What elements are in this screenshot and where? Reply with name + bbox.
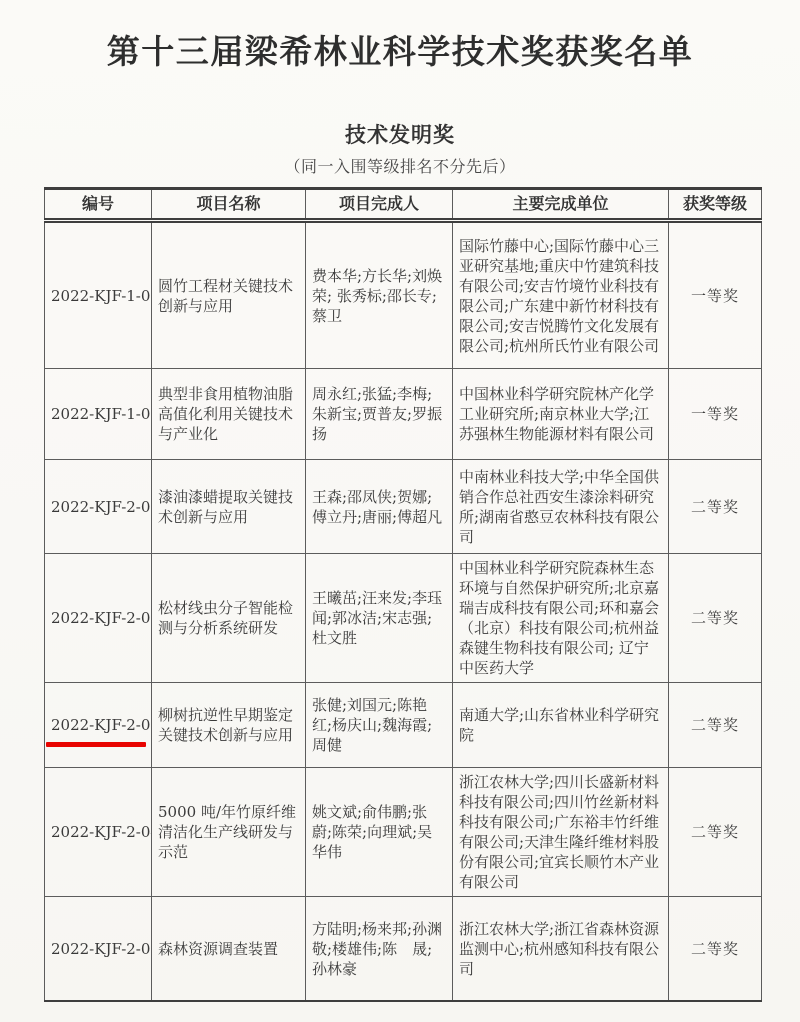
table-row: 2022-KJF-1-02典型非食用植物油脂高值化利用关键技术与产业化周永红;张…: [45, 369, 762, 460]
table-row: 2022-KJF-2-01漆油漆蜡提取关键技术创新与应用王森;邵凤侠;贺娜; 傅…: [45, 460, 762, 554]
scanned-document-page: 第十三届梁希林业科学技术奖获奖名单 技术发明奖 （同一入围等级排名不分先后） 编…: [0, 0, 800, 1022]
table-row: 2022-KJF-2-045000 吨/年竹原纤维清洁化生产线研发与示范姚文斌;…: [45, 768, 762, 897]
cell-project-people: 王森;邵凤侠;贺娜; 傅立丹;唐丽;傅超凡: [306, 460, 453, 554]
cell-project-units: 浙江农林大学;四川长盛新材料科技有限公司;四川竹丝新材料科技有限公司;广东裕丰竹…: [453, 768, 669, 897]
cell-project-name: 森林资源调查装置: [152, 897, 306, 1002]
cell-project-code: 2022-KJF-2-05: [45, 897, 152, 1002]
cell-project-units: 中南林业科技大学;中华全国供销合作总社西安生漆涂料研究所;湖南省憨豆农林科技有限…: [453, 460, 669, 554]
cell-project-people: 费本华;方长华;刘焕荣; 张秀标;邵长专;蔡卫: [306, 221, 453, 369]
cell-project-units: 国际竹藤中心;国际竹藤中心三亚研究基地;重庆中竹建筑科技有限公司;安吉竹境竹业科…: [453, 221, 669, 369]
cell-project-code: 2022-KJF-1-02: [45, 369, 152, 460]
col-header-code: 编号: [45, 189, 152, 221]
cell-award-grade: 二等奖: [669, 683, 762, 768]
cell-project-code: 2022-KJF-2-01: [45, 460, 152, 554]
cell-award-grade: 二等奖: [669, 554, 762, 683]
table-row: 2022-KJF-2-05森林资源调查装置方陆明;杨来邦;孙渊敬;楼雄伟;陈 晟…: [45, 897, 762, 1002]
red-underline-mark: [46, 742, 146, 747]
table-header-row: 编号项目名称项目完成人主要完成单位获奖等级: [45, 189, 762, 221]
cell-project-units: 中国林业科学研究院林产化学工业研究所;南京林业大学;江苏强林生物能源材料有限公司: [453, 369, 669, 460]
cell-project-people: 张健;刘国元;陈艳红;杨庆山;魏海霞; 周健: [306, 683, 453, 768]
cell-project-name: 柳树抗逆性早期鉴定关键技术创新与应用: [152, 683, 306, 768]
cell-project-name: 漆油漆蜡提取关键技术创新与应用: [152, 460, 306, 554]
cell-project-name: 典型非食用植物油脂高值化利用关键技术与产业化: [152, 369, 306, 460]
awards-table: 编号项目名称项目完成人主要完成单位获奖等级 2022-KJF-1-01圆竹工程材…: [44, 187, 762, 1002]
cell-project-units: 浙江农林大学;浙江省森林资源监测中心;杭州感知科技有限公司: [453, 897, 669, 1002]
cell-award-grade: 二等奖: [669, 460, 762, 554]
cell-project-code: 2022-KJF-2-04: [45, 768, 152, 897]
cell-project-name: 松材线虫分子智能检测与分析系统研发: [152, 554, 306, 683]
col-header-name: 项目名称: [152, 189, 306, 221]
table-row: 2022-KJF-2-03柳树抗逆性早期鉴定关键技术创新与应用张健;刘国元;陈艳…: [45, 683, 762, 768]
section-title: 技术发明奖: [0, 119, 800, 149]
table-row: 2022-KJF-1-01圆竹工程材关键技术创新与应用费本华;方长华;刘焕荣; …: [45, 221, 762, 369]
cell-project-code: 2022-KJF-2-03: [45, 683, 152, 768]
cell-project-people: 姚文斌;俞伟鹏;张蔚;陈荣;向理斌;吴华伟: [306, 768, 453, 897]
cell-project-people: 周永红;张猛;李梅; 朱新宝;贾普友;罗振扬: [306, 369, 453, 460]
cell-project-people: 方陆明;杨来邦;孙渊敬;楼雄伟;陈 晟; 孙林豪: [306, 897, 453, 1002]
col-header-award: 获奖等级: [669, 189, 762, 221]
section-note: （同一入围等级排名不分先后）: [0, 154, 800, 177]
cell-project-code: 2022-KJF-2-02: [45, 554, 152, 683]
cell-project-people: 王曦茁;汪来发;李珏闻;郭冰洁;宋志强; 杜文胜: [306, 554, 453, 683]
cell-project-units: 中国林业科学研究院森林生态环境与自然保护研究所;北京嘉瑞吉成科技有限公司;环和嘉…: [453, 554, 669, 683]
col-header-units: 主要完成单位: [453, 189, 669, 221]
cell-project-name: 5000 吨/年竹原纤维清洁化生产线研发与示范: [152, 768, 306, 897]
cell-award-grade: 二等奖: [669, 897, 762, 1002]
cell-project-name: 圆竹工程材关键技术创新与应用: [152, 221, 306, 369]
cell-award-grade: 一等奖: [669, 369, 762, 460]
cell-award-grade: 一等奖: [669, 221, 762, 369]
cell-award-grade: 二等奖: [669, 768, 762, 897]
col-header-people: 项目完成人: [306, 189, 453, 221]
page-title: 第十三届梁希林业科学技术奖获奖名单: [0, 26, 800, 73]
cell-project-code: 2022-KJF-1-01: [45, 221, 152, 369]
cell-project-units: 南通大学;山东省林业科学研究院: [453, 683, 669, 768]
table-row: 2022-KJF-2-02松材线虫分子智能检测与分析系统研发王曦茁;汪来发;李珏…: [45, 554, 762, 683]
